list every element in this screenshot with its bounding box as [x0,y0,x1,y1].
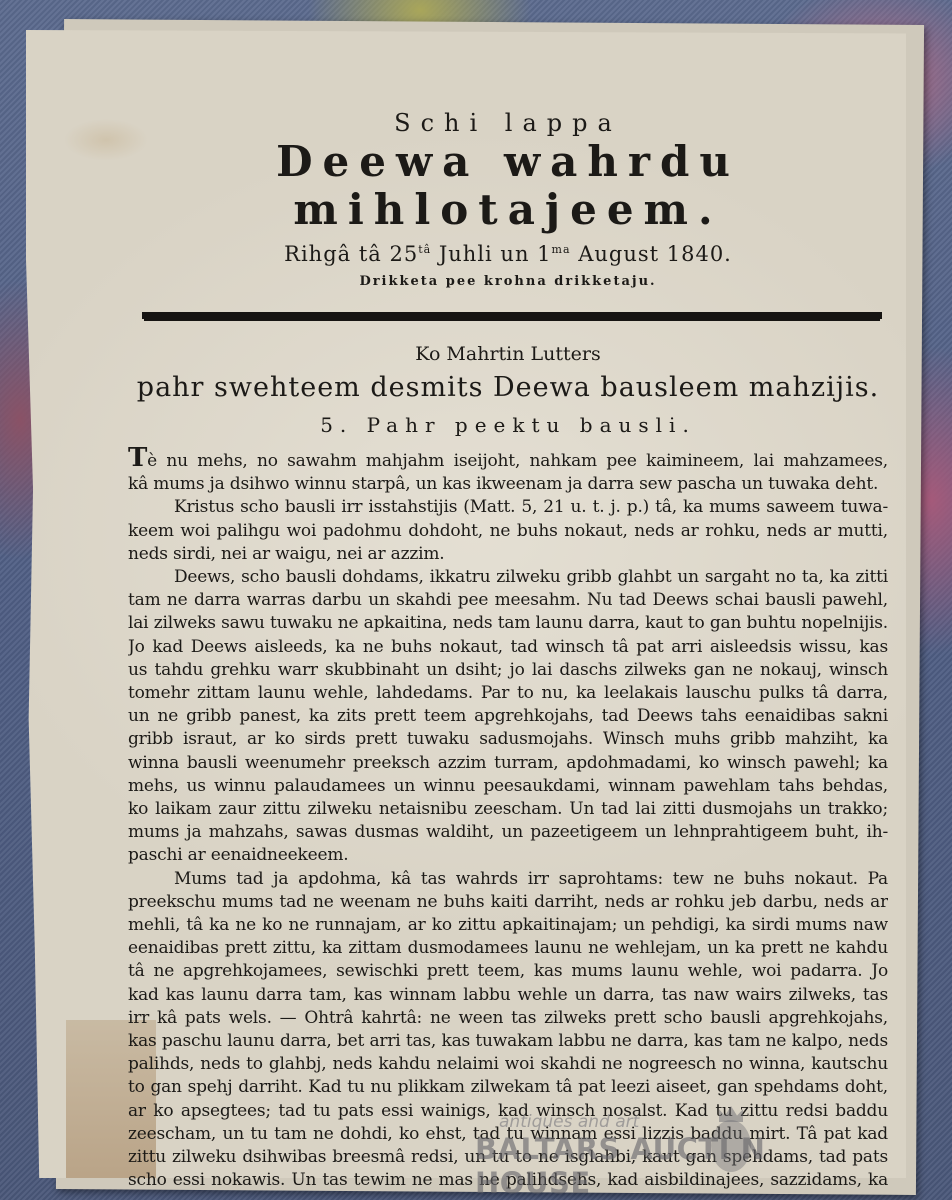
masthead-kicker: Schi lappa [128,108,888,138]
text-line: tam ne darra warras darbu un skahdi pee … [128,589,888,612]
text-line: kas paschu launu darra, bet arri tas, ka… [128,1030,888,1053]
text-line: Jo kad Deews aisleeds, ka ne buhs nokaut… [128,636,888,659]
text-line: palihds, neds to glahbj, neds kahdu nela… [128,1053,888,1076]
text-line: keem woi palihgu woi padohmu dohdoht, ne… [128,520,888,543]
watermark-tagline: antiques and art [499,1112,639,1132]
paragraph-2: Kristus scho bausli irr isstahstijis (Ma… [128,496,888,566]
text-line: Deews, scho bausli dohdams, ikkatru zilw… [128,566,888,589]
text-line: preekschu mums tad ne weenam ne buhs kai… [128,891,888,914]
printer-line: Drikketa pee krohna drikketaju. [128,272,888,292]
dateline-suffix: August 1840. [571,242,732,266]
text-line: paschi ar eenaidneekeem. [128,844,888,867]
text-line: mums ja mahzahs, sawas dusmas waldiht, u… [128,821,888,844]
text-line: irr kâ pats wels. — Ohtrâ kahrtâ: ne wee… [128,1007,888,1030]
dateline-sup-2: ma [552,243,571,256]
article-heading: Ko Mahrtin Lutters pahr swehteem desmits… [128,341,888,439]
text-line: kâ mums ja dsihwo winnu starpâ, un kas i… [128,473,888,496]
text-line: mehli, tâ ka ne ko ne runnajam, ar ko zi… [128,914,888,937]
text-line: eenaidibas prett zittu, ka zittam dusmod… [128,937,888,960]
text-line: mehs, us winnu palaudamees un winnu pees… [128,775,888,798]
watermark-name: BALTARS AUCTI N HOUSE [475,1132,875,1200]
paragraph-3: Deews, scho bausli dohdams, ikkatru zilw… [128,566,888,868]
page-content: Schi lappa Deewa wahrdu mihlotajeem. Rih… [128,108,888,1193]
text-line: kad kas launu darra tam, kas winnam labb… [128,984,888,1007]
article-subtitle: pahr swehteem desmits Deewa bausleem mah… [128,371,888,405]
article-body: Tè nu mehs, no sawahm mahjahm iseijoht, … [128,447,888,1193]
drop-cap: T [128,447,147,473]
text-line: winna bausli weenumehr preeksch azzim tu… [128,752,888,775]
dateline-sup-1: tâ [418,243,431,256]
masthead-rule [142,312,882,319]
text-line: tâ ne apgrehkojamees, sewischki prett te… [128,960,888,983]
dateline-prefix: Rihgâ tâ 25 [284,242,418,266]
text-line: è nu mehs, no sawahm mahjahm iseijoht, n… [147,451,888,471]
text-line: Mums tad ja apdohma, kâ tas wahrds irr s… [128,868,888,891]
paragraph-1: Tè nu mehs, no sawahm mahjahm iseijoht, … [128,447,888,496]
masthead: Schi lappa Deewa wahrdu mihlotajeem. Rih… [128,108,888,292]
text-line: Kristus scho bausli irr isstahstijis (Ma… [128,496,888,519]
dateline-middle: Juhli un 1 [431,242,551,266]
section-heading: 5. Pahr peektu bausli. [128,411,888,439]
dateline: Rihgâ tâ 25tâ Juhli un 1ma August 1840. [128,236,888,268]
text-line: gribb israut, ar ko sirds prett tuwaku s… [128,728,888,751]
auction-watermark: antiques and art BALTARS AUCTI N HOUSE [475,1112,875,1182]
article-author: Ko Mahrtin Lutters [128,341,888,367]
text-line: tomehr zittam launu wehle, lahdedams. Pa… [128,682,888,705]
text-line: ko laikam zaur zittu zilweku netaisnibu … [128,798,888,821]
text-line: neds sirdi, nei ar waigu, nei ar azzim. [128,543,888,566]
text-line: un ne gribb panest, ka zits prett teem a… [128,705,888,728]
masthead-title: Deewa wahrdu mihlotajeem. [128,138,888,234]
text-line: to gan spehj darriht. Kad tu nu plikkam … [128,1076,888,1099]
text-line: us tahdu grehku warr skubbinaht un dsiht… [128,659,888,682]
text-line: lai zilweks sawu tuwaku ne apkaitina, ne… [128,612,888,635]
